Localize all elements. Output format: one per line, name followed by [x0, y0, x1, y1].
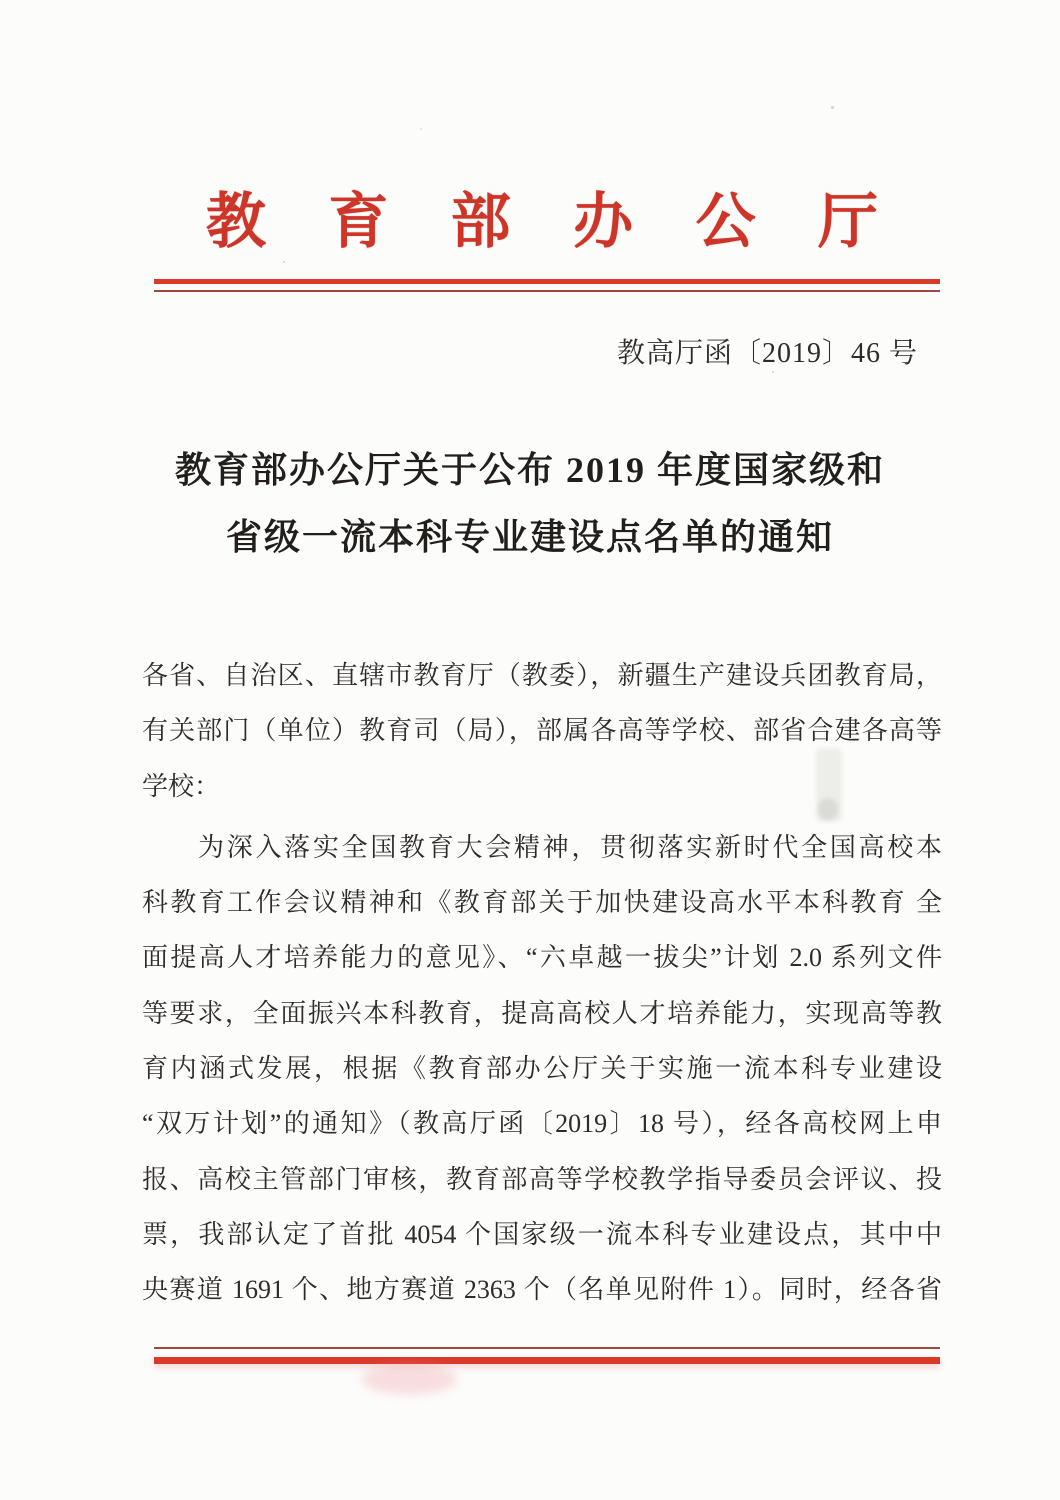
dust-speck [420, 128, 422, 130]
document-number: 教高厅函〔2019〕46 号 [617, 336, 918, 372]
letterhead-title: 教育部办公厅 [206, 182, 878, 252]
body-line: 报、高校主管部门审核，教育部高等学校教学指导委员会评议、投 [142, 1152, 942, 1207]
body-line: 为深入落实全国教育大会精神，贯彻落实新时代全国高校本 [142, 820, 942, 875]
body-line: 各省、自治区、直辖市教育厅（教委），新疆生产建设兵团教育局， [142, 648, 942, 703]
body-line: “双万计划”的通知》（教高厅函〔2019〕18 号），经各高校网上申 [142, 1096, 942, 1151]
body-line: 科教育工作会议精神和《教育部关于加快建设高水平本科教育 全 [142, 875, 942, 930]
footer-rule-thin [154, 1347, 940, 1349]
title-line-2: 省级一流本科专业建设点名单的通知 [130, 504, 930, 571]
document-page: 教育部办公厅 教高厅函〔2019〕46 号 教育部办公厅关于公布 2019 年度… [0, 0, 1060, 1500]
dust-speck [772, 371, 774, 373]
letterhead-char: 公 [696, 174, 756, 260]
letterhead-char: 办 [573, 174, 633, 260]
scan-smudge-gray-spot [818, 798, 838, 820]
letterhead-char: 部 [451, 174, 511, 260]
dust-speck [831, 106, 834, 109]
letterhead-char: 教 [206, 174, 266, 260]
body-line: 面提高人才培养能力的意见》、“六卓越一拔尖”计划 2.0 系列文件 [142, 930, 942, 985]
dust-speck [283, 261, 285, 263]
letterhead-char: 育 [328, 174, 388, 260]
document-title: 教育部办公厅关于公布 2019 年度国家级和 省级一流本科专业建设点名单的通知 [130, 437, 930, 571]
header-rule-thick [154, 279, 940, 284]
body-line: 等要求，全面振兴本科教育，提高高校人才培养能力，实现高等教 [142, 986, 942, 1041]
letterhead-char: 厅 [818, 174, 878, 260]
body-line: 育内涵式发展，根据《教育部办公厅关于实施一流本科专业建设 [142, 1041, 942, 1096]
footer-rule-thick [154, 1357, 940, 1364]
body-line: 央赛道 1691 个、地方赛道 2363 个（名单见附件 1）。同时，经各省 [142, 1262, 942, 1317]
scan-smudge-pink [362, 1364, 457, 1394]
header-rule-thin [154, 290, 940, 292]
body-line: 票，我部认定了首批 4054 个国家级一流本科专业建设点，其中中 [142, 1207, 942, 1262]
title-line-1: 教育部办公厅关于公布 2019 年度国家级和 [130, 437, 930, 504]
